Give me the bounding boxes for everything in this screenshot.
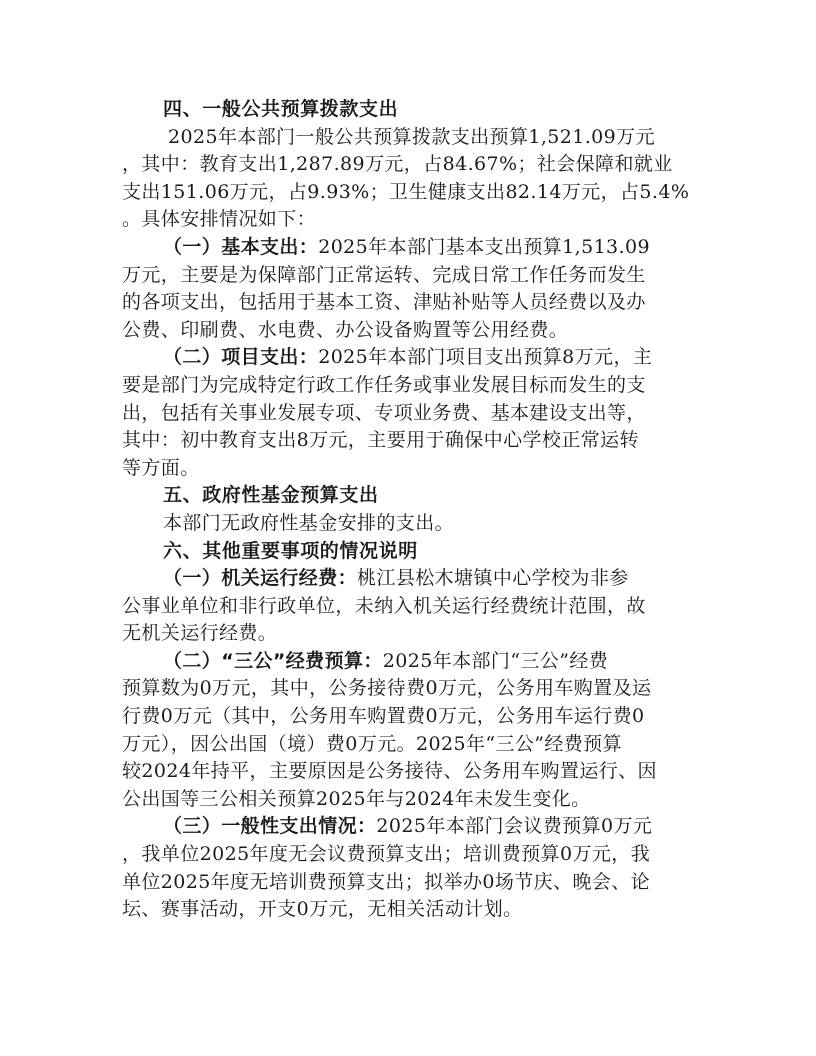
paragraph-line: 万元，主要是为保障部门正常运转、完成日常工作任务而发生	[122, 262, 710, 290]
operating-expense-label: （一）机关运行经费：	[163, 567, 357, 589]
paragraph-line: 万元），因公出国（境）费0万元。2025年“三公”经费预算	[122, 731, 710, 759]
paragraph-line: 公费、印刷费、水电费、办公设备购置等公用经费。	[122, 317, 710, 345]
project-expense-paragraph: （二）项目支出：2025年本部门项目支出预算8万元，主	[122, 344, 710, 372]
paragraph-line: 等方面。	[122, 455, 710, 483]
three-public-label: （二）“三公”经费预算：	[163, 650, 383, 672]
paragraph-text: 2025年本部门会议费预算0万元	[376, 815, 652, 837]
paragraph-line: 较2024年持平，主要原因是公务接待、公务用车购置运行、因	[122, 758, 710, 786]
heading-other-matters: 六、其他重要事项的情况说明	[122, 538, 710, 566]
paragraph-line: 公事业单位和非行政单位，未纳入机关运行经费统计范围，故	[122, 593, 710, 621]
paragraph-text: 桃江县松木塘镇中心学校为非参	[357, 567, 629, 589]
paragraph-line: 本部门无政府性基金安排的支出。	[122, 510, 710, 538]
paragraph-line: 公出国等三公相关预算2025年与2024年未发生变化。	[122, 786, 710, 814]
paragraph-text: 2025年本部门“三公”经费	[383, 650, 608, 672]
project-expense-label: （二）项目支出：	[163, 346, 318, 368]
heading-gov-fund: 五、政府性基金预算支出	[122, 482, 710, 510]
general-expense-label: （三）一般性支出情况：	[163, 815, 376, 837]
paragraph-line: 坛、赛事活动，开支0万元，无相关活动计划。	[122, 896, 710, 924]
paragraph-line: 无机关运行经费。	[122, 620, 710, 648]
operating-expense-paragraph: （一）机关运行经费：桃江县松木塘镇中心学校为非参	[122, 565, 710, 593]
paragraph-line: 2025年本部门一般公共预算拨款支出预算1,521.09万元	[122, 124, 710, 152]
general-expense-paragraph: （三）一般性支出情况：2025年本部门会议费预算0万元	[122, 813, 710, 841]
document-page: 四、一般公共预算拨款支出 2025年本部门一般公共预算拨款支出预算1,521.0…	[122, 96, 710, 924]
paragraph-text: 2025年本部门项目支出预算8万元，主	[318, 346, 652, 368]
paragraph-line: ，我单位2025年度无会议费预算支出；培训费预算0万元，我	[122, 841, 710, 869]
paragraph-text: 2025年本部门基本支出预算1,513.09	[318, 236, 650, 258]
paragraph-line: 出，包括有关事业发展专项、专项业务费、基本建设支出等，	[122, 400, 710, 428]
basic-expense-paragraph: （一）基本支出：2025年本部门基本支出预算1,513.09	[122, 234, 710, 262]
paragraph-line: 行费0万元（其中，公务用车购置费0万元，公务用车运行费0	[122, 703, 710, 731]
paragraph-line: 的各项支出，包括用于基本工资、津贴补贴等人员经费以及办	[122, 289, 710, 317]
paragraph-line: ，其中：教育支出1,287.89万元，占84.67%；社会保障和就业	[122, 151, 710, 179]
basic-expense-label: （一）基本支出：	[163, 236, 318, 258]
paragraph-line: 单位2025年度无培训费预算支出；拟举办0场节庆、晚会、论	[122, 869, 710, 897]
heading-general-budget: 四、一般公共预算拨款支出	[122, 96, 710, 124]
paragraph-line: 支出151.06万元，占9.93%；卫生健康支出82.14万元，占5.4%	[122, 179, 710, 207]
paragraph-line: 。具体安排情况如下：	[122, 206, 710, 234]
paragraph-line: 其中：初中教育支出8万元，主要用于确保中心学校正常运转	[122, 427, 710, 455]
three-public-paragraph: （二）“三公”经费预算：2025年本部门“三公”经费	[122, 648, 710, 676]
paragraph-line: 要是部门为完成特定行政工作任务或事业发展目标而发生的支	[122, 372, 710, 400]
paragraph-line: 预算数为0万元，其中，公务接待费0万元，公务用车购置及运	[122, 675, 710, 703]
